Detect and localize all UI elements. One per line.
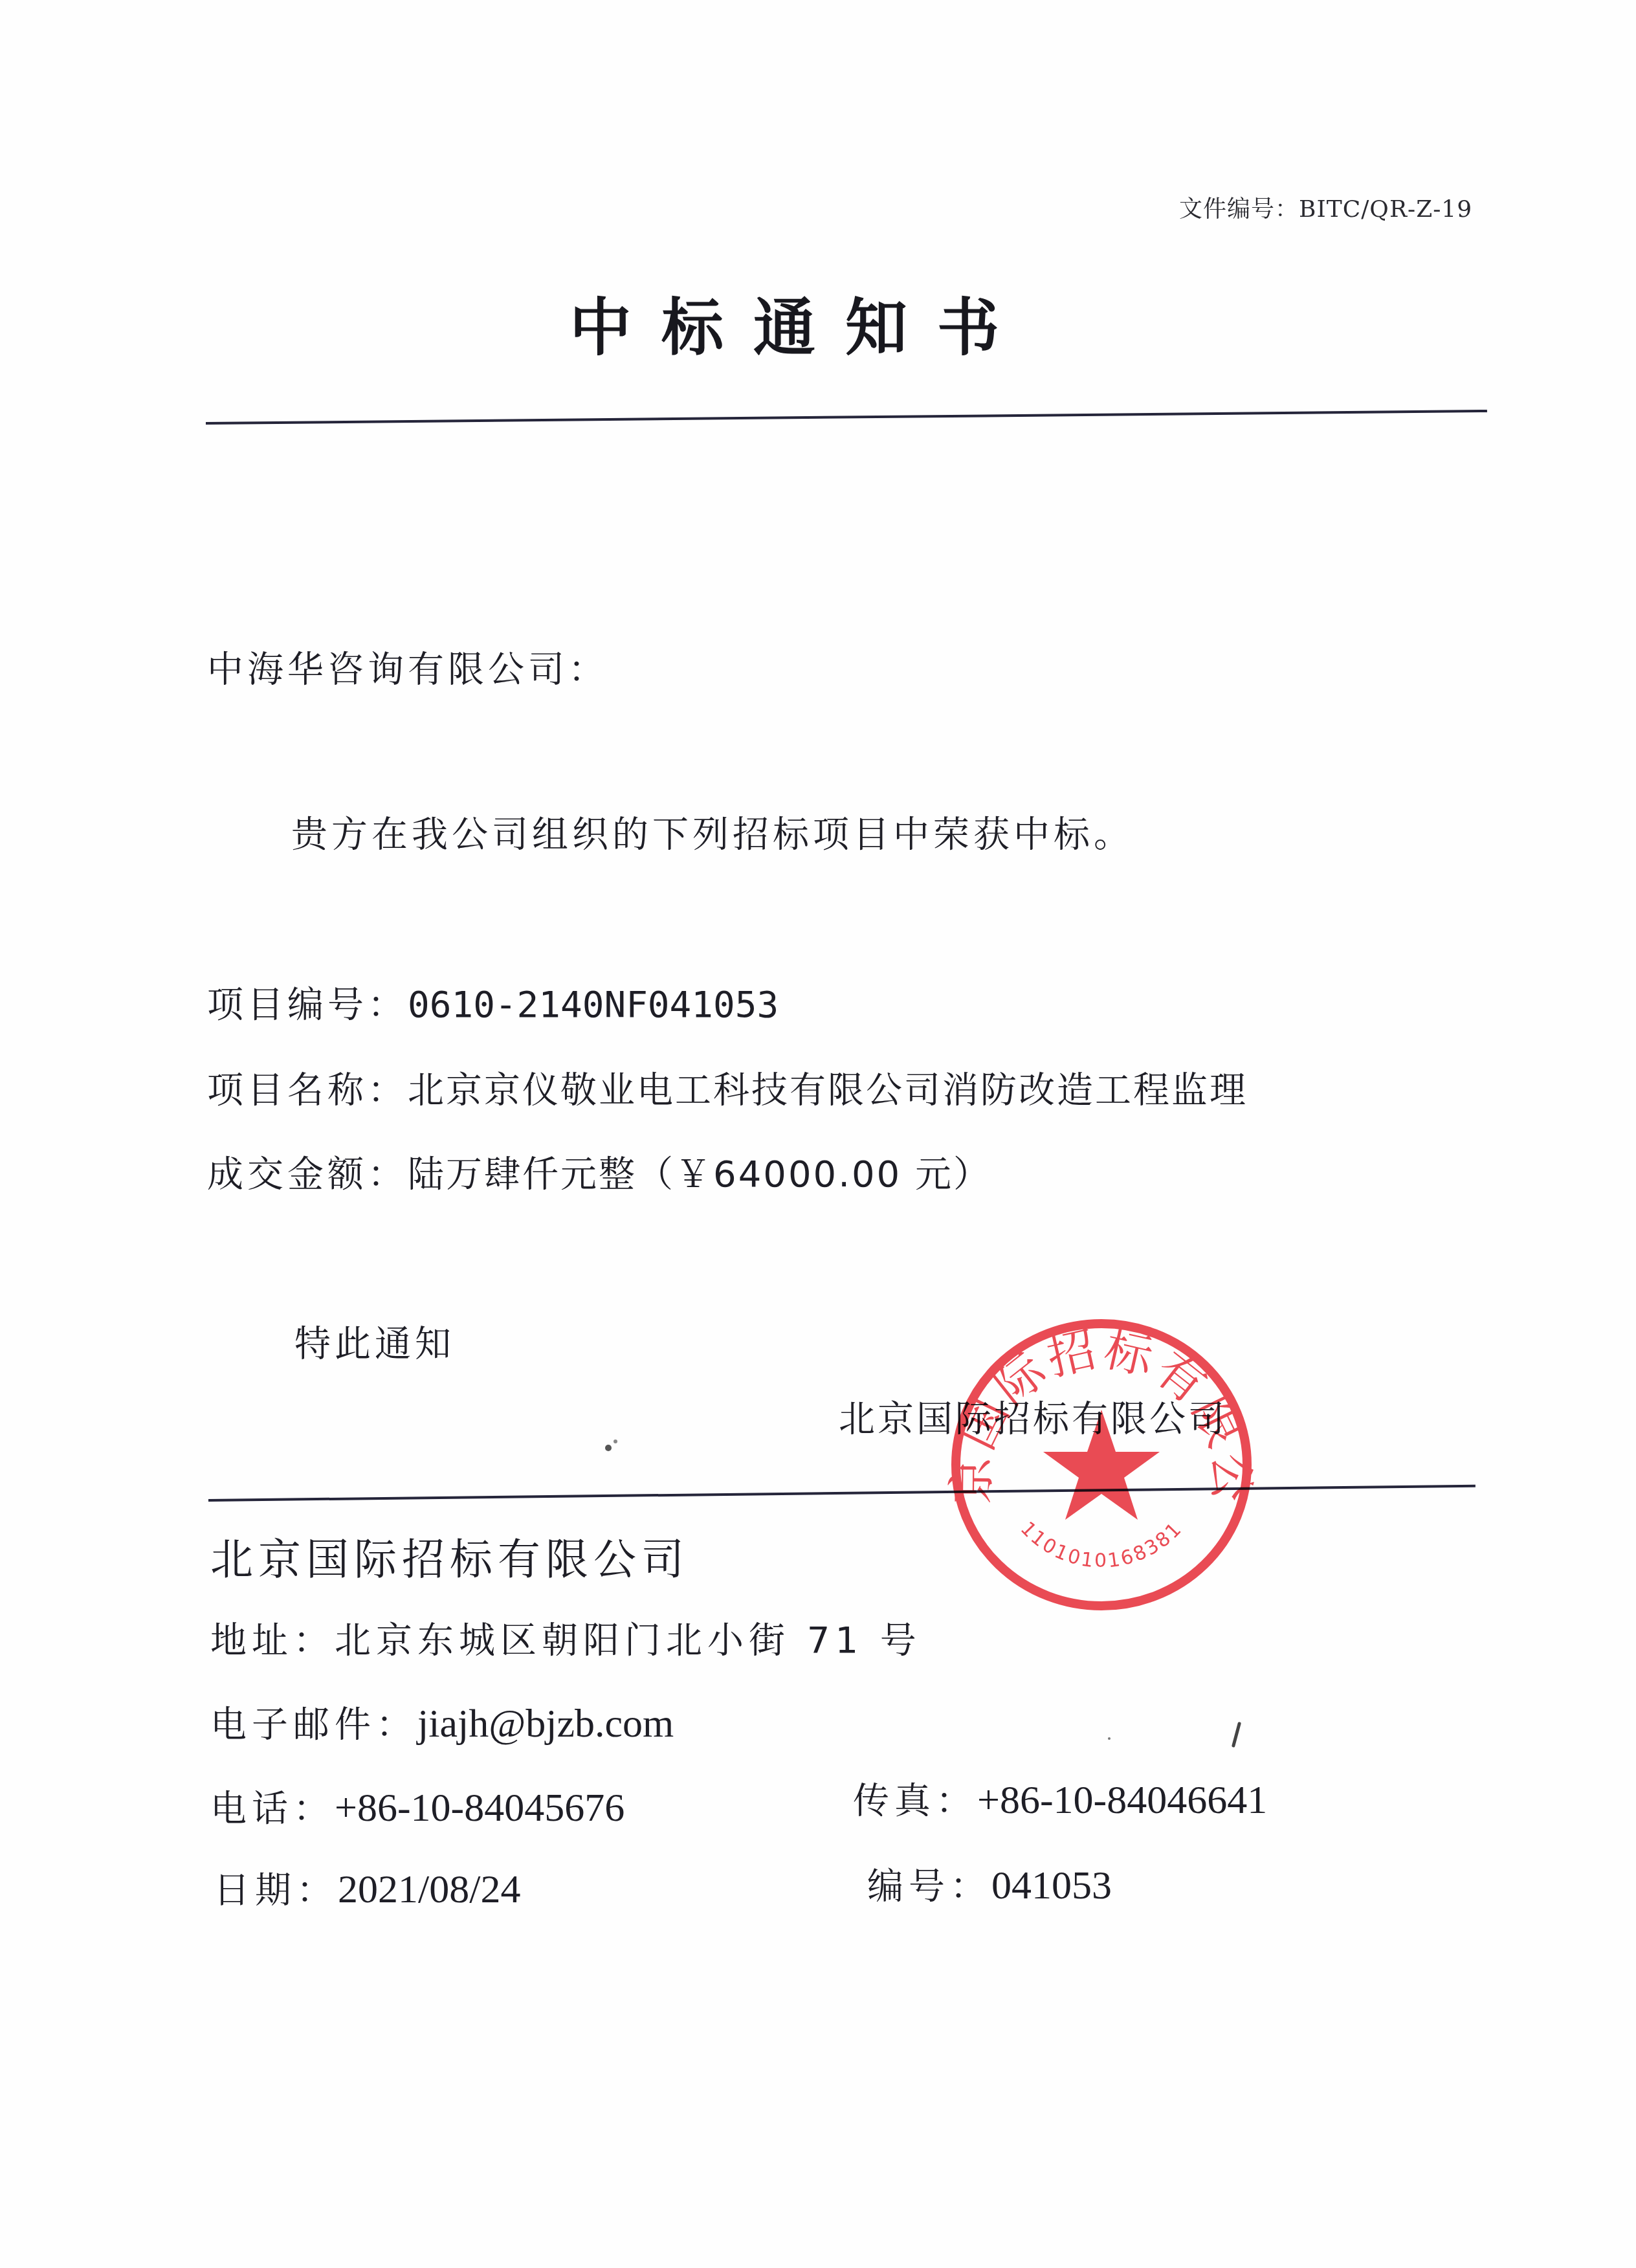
address-value: 北京东城区朝阳门北小街 71 号 bbox=[335, 1619, 922, 1662]
scan-speck bbox=[613, 1440, 617, 1443]
phone-value: +86-10-84045676 bbox=[335, 1786, 625, 1830]
seal-registration-number: 1101010168381 bbox=[1016, 1517, 1187, 1572]
contract-amount-field: 成交金额：陆万肆仟元整（￥64000.00 元） bbox=[207, 1146, 991, 1197]
contract-amount-value: 陆万肆仟元整（￥64000.00 元） bbox=[408, 1153, 991, 1195]
email-label: 电子邮件： bbox=[210, 1704, 417, 1746]
footer-company-name: 北京国际招标有限公司 bbox=[210, 1525, 689, 1586]
scan-speck bbox=[605, 1445, 612, 1451]
serial-value: 041053 bbox=[991, 1863, 1112, 1907]
footer-serial: 编号：041053 bbox=[867, 1858, 1112, 1909]
scan-mark bbox=[1232, 1722, 1241, 1748]
recipient-name: 中海华咨询有限公司： bbox=[207, 641, 608, 693]
footer-phone: 电话：+86-10-84045676 bbox=[210, 1780, 625, 1832]
page-title: 中标通知书 bbox=[569, 278, 1029, 367]
date-value: 2021/08/24 bbox=[338, 1867, 520, 1911]
serial-label: 编号： bbox=[867, 1865, 991, 1907]
document-code: 文件编号：BITC/QR-Z-19 bbox=[1179, 191, 1472, 224]
intro-paragraph: 贵方在我公司组织的下列招标项目中荣获中标。 bbox=[291, 806, 1134, 858]
scan-speck bbox=[1108, 1737, 1111, 1740]
title-divider bbox=[206, 410, 1487, 425]
footer-address: 地址：北京东城区朝阳门北小街 71 号 bbox=[210, 1612, 922, 1663]
project-name-label: 项目名称： bbox=[207, 1069, 408, 1111]
project-number-label: 项目编号： bbox=[207, 984, 408, 1026]
project-name-value: 北京京仪敬业电工科技有限公司消防改造工程监理 bbox=[408, 1069, 1248, 1111]
date-label: 日期： bbox=[214, 1869, 338, 1911]
address-label: 地址： bbox=[210, 1619, 335, 1662]
seal-ring bbox=[956, 1324, 1247, 1606]
email-value[interactable]: jiajh@bjzb.com bbox=[417, 1702, 674, 1746]
project-name-field: 项目名称：北京京仪敬业电工科技有限公司消防改造工程监理 bbox=[207, 1062, 1248, 1113]
notice-page: 文件编号：BITC/QR-Z-19 中标通知书 中海华咨询有限公司： 贵方在我公… bbox=[0, 0, 1636, 2268]
fax-value: +86-10-84046641 bbox=[977, 1778, 1267, 1822]
footer-divider bbox=[208, 1485, 1476, 1502]
signer-company: 北京国际招标有限公司 bbox=[839, 1390, 1227, 1442]
footer-fax: 传真：+86-10-84046641 bbox=[853, 1772, 1267, 1824]
project-number-value: 0610-2140NF041053 bbox=[408, 984, 779, 1026]
fax-label: 传真： bbox=[853, 1780, 977, 1822]
project-number-field: 项目编号：0610-2140NF041053 bbox=[207, 976, 779, 1028]
phone-label: 电话： bbox=[210, 1788, 335, 1830]
footer-email: 电子邮件：jiajh@bjzb.com bbox=[210, 1696, 674, 1748]
footer-date: 日期：2021/08/24 bbox=[214, 1862, 520, 1913]
closing-text: 特此通知 bbox=[294, 1315, 455, 1367]
contract-amount-label: 成交金额： bbox=[207, 1153, 408, 1195]
company-seal-stamp: 北京国际招标有限公司 1101010168381 bbox=[946, 1313, 1257, 1617]
